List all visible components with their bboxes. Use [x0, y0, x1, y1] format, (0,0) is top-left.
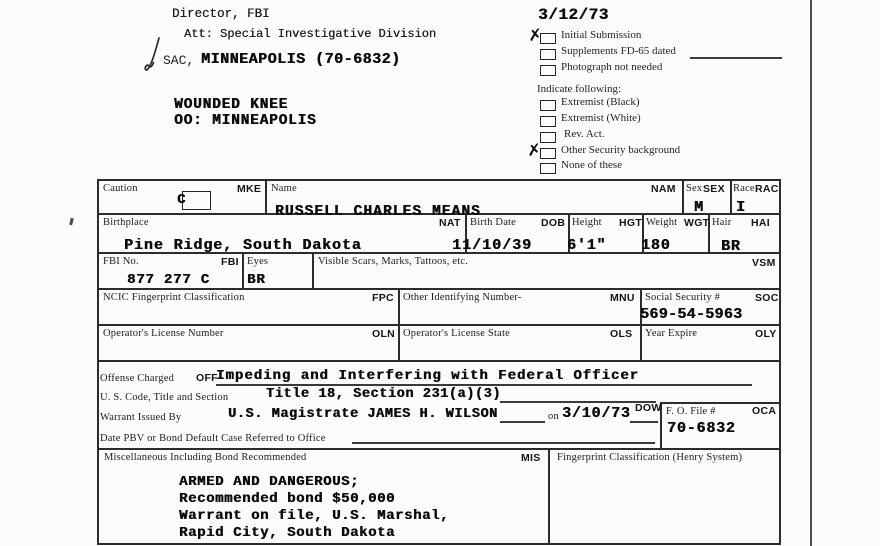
caution-value: C — [177, 192, 186, 208]
misc-label: Miscellaneous Including Bond Recommended — [104, 452, 307, 463]
oln-label: Operator's License Number — [103, 328, 224, 339]
grid-line — [97, 543, 781, 545]
grid-line — [97, 324, 781, 326]
grid-line — [779, 179, 781, 545]
mke-code: MKE — [237, 183, 261, 195]
ncic-label: NCIC Fingerprint Classification — [103, 292, 245, 303]
offense-value: Impeding and Interfering with Federal Of… — [216, 368, 639, 384]
height-value: 6'1" — [567, 237, 606, 254]
grid-line — [730, 179, 732, 215]
grid-line — [242, 252, 244, 290]
henry-label: Fingerprint Classification (Henry System… — [557, 452, 742, 463]
weight-value: 180 — [641, 237, 670, 254]
checkbox-label: Photograph not needed — [561, 61, 662, 73]
form-date: 3/12/73 — [538, 6, 609, 24]
checkbox-extremist-white — [540, 116, 556, 127]
handwritten-squiggle-icon — [142, 36, 164, 76]
warrant-on-label: on — [548, 411, 559, 422]
other-id-label: Other Identifying Number- — [403, 292, 522, 303]
indicate-heading: Indicate following: — [537, 83, 621, 95]
off-code: OFF — [196, 372, 218, 384]
case-title: WOUNDED KNEE — [174, 97, 288, 113]
grid-line — [97, 179, 99, 545]
name-value: RUSSELL CHARLES MEANS — [275, 204, 481, 220]
dob-code: DOB — [541, 217, 565, 229]
uscode-value: Title 18, Section 231(a)(3) — [266, 387, 501, 402]
checkbox-rev-act — [540, 132, 556, 143]
misc-line: Recommended bond $50,000 — [179, 491, 395, 507]
entry-underline — [500, 401, 656, 403]
entry-underline — [630, 421, 658, 423]
grid-line — [682, 179, 684, 215]
sac-office: MINNEAPOLIS (70-6832) — [201, 51, 401, 68]
checkbox-photograph — [540, 65, 556, 76]
checkbox-label: Extremist (Black) — [561, 96, 640, 108]
wgt-code: WGT — [684, 217, 709, 229]
birthplace-label: Birthplace — [103, 217, 149, 228]
warrant-value: U.S. Magistrate JAMES H. WILSON — [228, 407, 498, 422]
height-label: Height — [572, 217, 602, 228]
attention-line: Att: Special Investigative Division — [184, 27, 436, 41]
vsm-code: VSM — [752, 257, 776, 269]
entry-underline — [352, 442, 655, 444]
checkbox-label: Supplements FD-65 dated — [561, 45, 676, 57]
ols-code: OLS — [610, 328, 633, 340]
oly-label: Year Expire — [645, 328, 697, 339]
misc-line: ARMED AND DANGEROUS; — [179, 474, 359, 490]
fpc-code: FPC — [372, 292, 394, 304]
grid-line — [97, 448, 781, 450]
checkbox-supplements — [540, 49, 556, 60]
soc-code: SOC — [755, 292, 779, 304]
fo-file-label: F. O. File # — [666, 406, 716, 417]
sex-value: M — [694, 199, 704, 216]
ssn-value: 569-54-5963 — [640, 306, 742, 323]
grid-line — [398, 324, 400, 362]
caution-label: Caution — [103, 183, 138, 194]
fbi-no-label: FBI No. — [103, 256, 139, 267]
ols-label: Operator's License State — [403, 328, 510, 339]
grid-line — [97, 179, 781, 181]
birthplace-value: Pine Ridge, South Dakota — [124, 237, 362, 254]
grid-line — [548, 448, 550, 545]
handwritten-x-icon: ✗ — [526, 142, 543, 159]
mis-code: MIS — [521, 452, 541, 464]
grid-line — [660, 402, 781, 404]
case-office: OO: MINNEAPOLIS — [174, 113, 317, 129]
weight-label: Weight — [646, 217, 677, 228]
sac-prefix: SAC, — [163, 53, 194, 68]
grid-line — [312, 252, 314, 290]
hair-value: BR — [721, 238, 741, 255]
race-value: I — [736, 199, 746, 216]
offense-label: Offense Charged — [100, 373, 174, 384]
nam-code: NAM — [651, 183, 676, 195]
misc-line: Warrant on file, U.S. Marshal, — [179, 508, 449, 524]
checkbox-label: Rev. Act. — [564, 128, 605, 140]
scanned-fbi-form-page: Director, FBI Att: Special Investigative… — [0, 0, 880, 546]
oly-code: OLY — [755, 328, 777, 340]
hgt-code: HGT — [619, 217, 642, 229]
scars-label: Visible Scars, Marks, Tattoos, etc. — [318, 256, 468, 267]
caution-value-box — [182, 191, 211, 210]
misc-line: Rapid City, South Dakota — [179, 525, 395, 541]
checkbox-label: Extremist (White) — [561, 112, 641, 124]
grid-line — [97, 288, 781, 290]
checkbox-label: None of these — [561, 159, 622, 171]
fbi-no-value: 877 277 C — [127, 272, 210, 288]
sex-label: Sex — [686, 183, 702, 194]
oca-code: OCA — [752, 405, 776, 417]
birthdate-value: 11/10/39 — [452, 237, 532, 254]
fo-file-value: 70-6832 — [667, 420, 736, 437]
warrant-label: Warrant Issued By — [100, 412, 181, 423]
grid-line — [97, 360, 781, 362]
page-edge-line — [810, 0, 812, 546]
checkbox-label: Other Security background — [561, 144, 680, 156]
entry-underline — [500, 421, 545, 423]
checkbox-extremist-black — [540, 100, 556, 111]
sex-code: SEX — [703, 183, 725, 195]
eyes-value: BR — [247, 272, 265, 288]
hair-label: Hair — [712, 217, 731, 228]
eyes-label: Eyes — [247, 256, 268, 267]
warrant-date-value: 3/10/73 — [562, 405, 631, 422]
dow-code: DOW — [635, 402, 662, 414]
checkbox-label: Initial Submission — [561, 29, 641, 41]
grid-line — [640, 324, 642, 362]
grid-line — [265, 179, 267, 215]
hai-code: HAI — [751, 217, 770, 229]
name-label: Name — [271, 183, 297, 194]
uscode-label: U. S. Code, Title and Section — [100, 392, 228, 403]
pbv-label: Date PBV or Bond Default Case Referred t… — [100, 433, 326, 444]
entry-underline — [216, 384, 752, 386]
grid-line — [398, 288, 400, 326]
fbi-code: FBI — [221, 256, 239, 268]
stray-mark — [69, 218, 74, 226]
ssn-label: Social Security # — [645, 292, 720, 303]
oln-code: OLN — [372, 328, 395, 340]
dated-blank-line — [690, 57, 782, 59]
checkbox-none-of-these — [540, 163, 556, 174]
race-label: Race — [733, 183, 755, 194]
addressee-line: Director, FBI — [172, 7, 270, 21]
race-code: RAC — [755, 183, 779, 195]
handwritten-x-icon: ✗ — [527, 27, 544, 44]
mnu-code: MNU — [610, 292, 635, 304]
